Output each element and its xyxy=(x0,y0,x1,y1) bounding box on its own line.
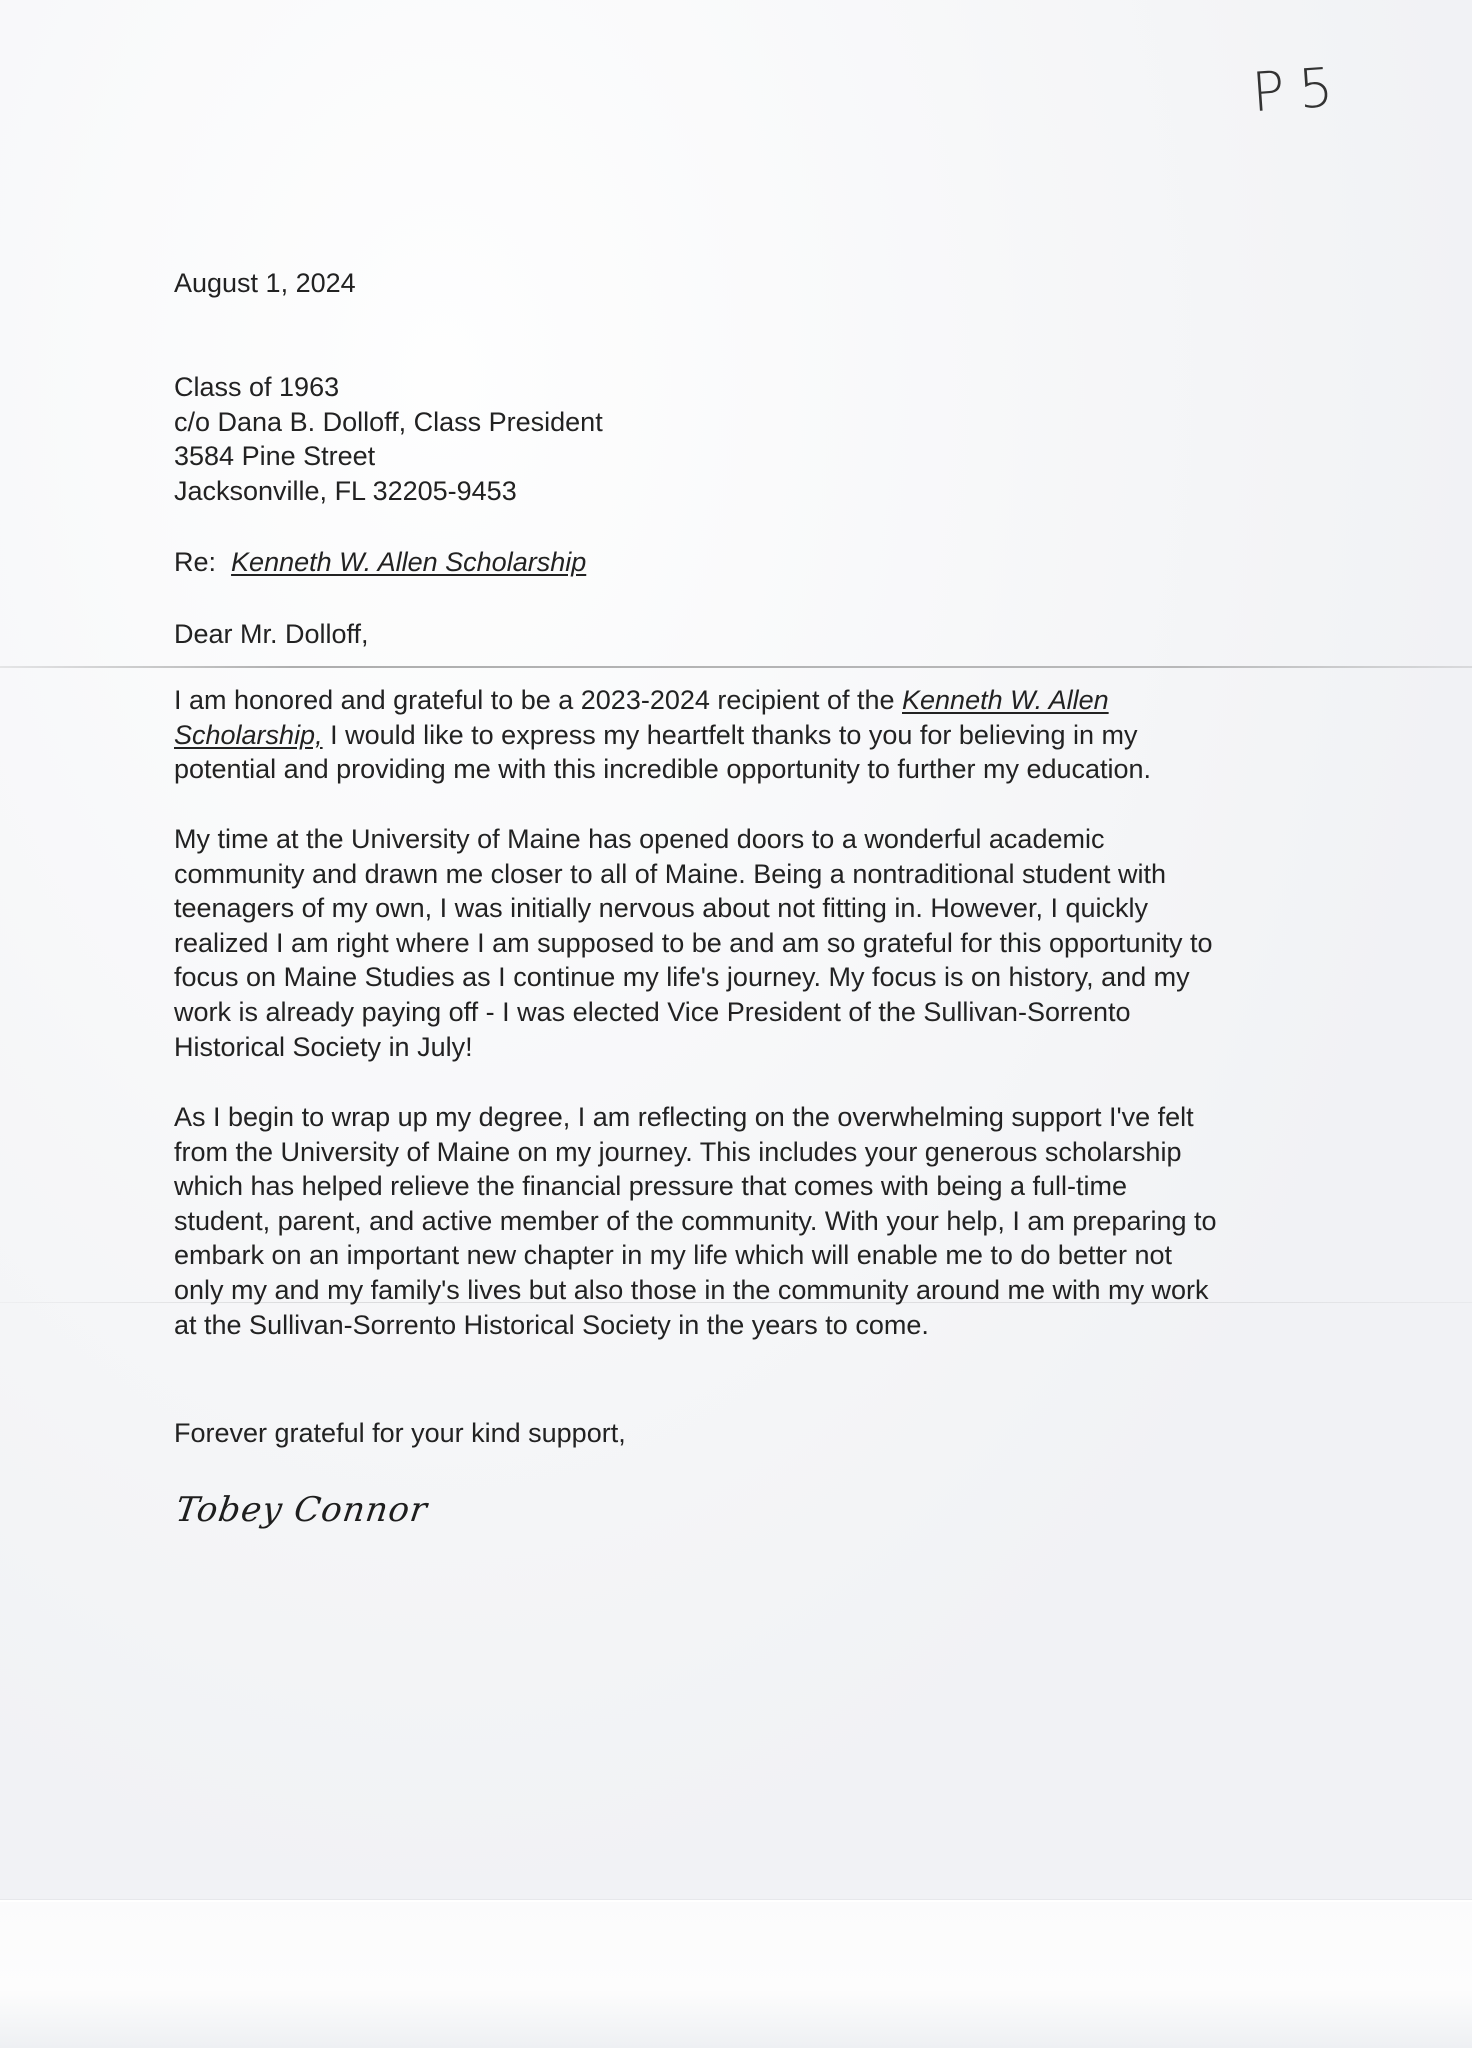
paragraph-line: at the Sullivan-Sorrento Historical Soci… xyxy=(174,1308,1217,1343)
scholarship-name: Kenneth W. Allen xyxy=(902,685,1109,715)
scholarship-name: Scholarship, xyxy=(174,720,323,750)
paragraph-line: realized I am right where I am supposed … xyxy=(174,926,1213,961)
scholarship-name: Kenneth W. Allen Scholarship xyxy=(231,547,586,577)
recipient-address: Class of 1963 c/o Dana B. Dolloff, Class… xyxy=(174,370,603,508)
paragraph-line: from the University of Maine on my journ… xyxy=(174,1135,1217,1170)
paragraph-3: As I begin to wrap up my degree, I am re… xyxy=(174,1100,1217,1342)
recipient-line: Jacksonville, FL 32205-9453 xyxy=(174,474,603,509)
recipient-line: Class of 1963 xyxy=(174,370,603,405)
recipient-line: 3584 Pine Street xyxy=(174,439,603,474)
paragraph-line: Scholarship, I would like to express my … xyxy=(174,718,1151,753)
paragraph-line: teenagers of my own, I was initially ner… xyxy=(174,891,1213,926)
text-run: I would like to express my heartfelt tha… xyxy=(323,720,1138,750)
paragraph-1: I am honored and grateful to be a 2023-2… xyxy=(174,683,1151,787)
paragraph-line: work is already paying off - I was elect… xyxy=(174,995,1213,1030)
paragraph-line: As I begin to wrap up my degree, I am re… xyxy=(174,1100,1217,1135)
handwritten-page-number: P5 xyxy=(1250,55,1349,124)
recipient-line: c/o Dana B. Dolloff, Class President xyxy=(174,405,603,440)
paragraph-line: embark on an important new chapter in my… xyxy=(174,1238,1217,1273)
text-run: I am honored and grateful to be a 2023-2… xyxy=(174,685,902,715)
paragraph-line: only my and my family's lives but also t… xyxy=(174,1273,1217,1308)
paragraph-line: community and drawn me closer to all of … xyxy=(174,857,1213,892)
letter-date: August 1, 2024 xyxy=(174,266,356,301)
paragraph-line: My time at the University of Maine has o… xyxy=(174,822,1213,857)
fold-crease xyxy=(0,666,1472,668)
subject-line: Re: Kenneth W. Allen Scholarship xyxy=(174,545,586,580)
paragraph-line: Historical Society in July! xyxy=(174,1030,1213,1065)
salutation: Dear Mr. Dolloff, xyxy=(174,617,369,652)
paragraph-line: focus on Maine Studies as I continue my … xyxy=(174,960,1213,995)
paragraph-line: potential and providing me with this inc… xyxy=(174,752,1151,787)
closing: Forever grateful for your kind support, xyxy=(174,1416,626,1451)
paragraph-line: I am honored and grateful to be a 2023-2… xyxy=(174,683,1151,718)
re-label: Re: xyxy=(174,547,216,577)
signature: Tobey Connor xyxy=(173,1490,430,1530)
paragraph-2: My time at the University of Maine has o… xyxy=(174,822,1213,1064)
paragraph-line: student, parent, and active member of th… xyxy=(174,1204,1217,1239)
scanner-background xyxy=(0,1902,1472,2048)
paragraph-line: which has helped relieve the financial p… xyxy=(174,1169,1217,1204)
